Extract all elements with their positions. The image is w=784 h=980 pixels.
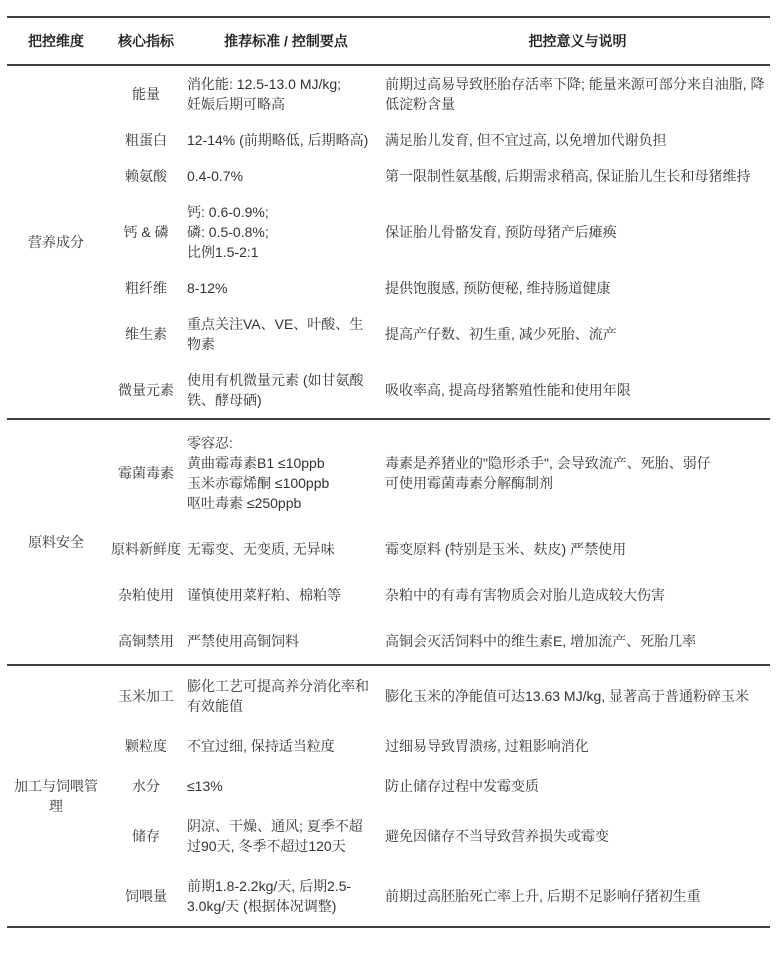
table-row: 粗蛋白12-14% (前期略低, 后期略高)满足胎儿发育, 但不宜过高, 以免增…	[105, 122, 770, 158]
feed-control-table: 把控维度 核心指标 推荐标准 / 控制要点 把控意义与说明 营养成分能量消化能:…	[0, 0, 784, 928]
section-rows: 能量消化能: 12.5-13.0 MJ/kg; 妊娠后期可略高前期过高易导致胚胎…	[105, 66, 770, 418]
indicator-cell: 维生素	[105, 324, 187, 344]
meaning-cell: 霉变原料 (特别是玉米、麸皮) 严禁使用	[385, 539, 770, 559]
meaning-cell: 高铜会灭活饲料中的维生素E, 增加流产、死胎几率	[385, 631, 770, 651]
table-row: 玉米加工膨化工艺可提高养分消化率和有效能值膨化玉米的净能值可达13.63 MJ/…	[105, 666, 770, 726]
standard-cell: 阴凉、干燥、通风; 夏季不超过90天, 冬季不超过120天	[187, 816, 385, 856]
indicator-cell: 玉米加工	[105, 686, 187, 706]
indicator-cell: 赖氨酸	[105, 166, 187, 186]
table-row: 原料新鲜度无霉变、无变质, 无异味霉变原料 (特别是玉米、麸皮) 严禁使用	[105, 526, 770, 572]
indicator-cell: 水分	[105, 776, 187, 796]
table-row: 赖氨酸0.4-0.7%第一限制性氨基酸, 后期需求稍高, 保证胎儿生长和母猪维持	[105, 158, 770, 194]
standard-cell: 0.4-0.7%	[187, 166, 385, 186]
table-row: 粗纤维8-12%提供饱腹感, 预防便秘, 维持肠道健康	[105, 270, 770, 306]
standard-cell: 钙: 0.6-0.9%; 磷: 0.5-0.8%; 比例1.5-2:1	[187, 202, 385, 262]
table-section: 原料安全霉菌毒素零容忍: 黄曲霉毒素B1 ≤10ppb 玉米赤霉烯酮 ≤100p…	[7, 418, 770, 664]
standard-cell: 前期1.8-2.2kg/天, 后期2.5-3.0kg/天 (根据体况调整)	[187, 876, 385, 916]
meaning-cell: 提高产仔数、初生重, 减少死胎、流产	[385, 324, 770, 344]
table-row: 水分≤13%防止储存过程中发霉变质	[105, 766, 770, 806]
table-row: 能量消化能: 12.5-13.0 MJ/kg; 妊娠后期可略高前期过高易导致胚胎…	[105, 66, 770, 122]
header-dimension: 把控维度	[7, 31, 105, 51]
table-row: 霉菌毒素零容忍: 黄曲霉毒素B1 ≤10ppb 玉米赤霉烯酮 ≤100ppb 呕…	[105, 420, 770, 526]
indicator-cell: 原料新鲜度	[105, 539, 187, 559]
standard-cell: 8-12%	[187, 278, 385, 298]
standard-cell: 不宜过细, 保持适当粒度	[187, 736, 385, 756]
header-indicator: 核心指标	[105, 31, 187, 51]
standard-cell: 重点关注VA、VE、叶酸、生物素	[187, 314, 385, 354]
table-body: 营养成分能量消化能: 12.5-13.0 MJ/kg; 妊娠后期可略高前期过高易…	[7, 66, 770, 928]
indicator-cell: 杂粕使用	[105, 585, 187, 605]
indicator-cell: 颗粒度	[105, 736, 187, 756]
standard-cell: 谨慎使用菜籽粕、棉粕等	[187, 585, 385, 605]
indicator-cell: 霉菌毒素	[105, 463, 187, 483]
table-section: 加工与饲喂管理玉米加工膨化工艺可提高养分消化率和有效能值膨化玉米的净能值可达13…	[7, 664, 770, 926]
table-row: 维生素重点关注VA、VE、叶酸、生物素提高产仔数、初生重, 减少死胎、流产	[105, 306, 770, 362]
dimension-cell: 加工与饲喂管理	[7, 666, 105, 926]
standard-cell: 使用有机微量元素 (如甘氨酸铁、酵母硒)	[187, 370, 385, 410]
table-row: 饲喂量前期1.8-2.2kg/天, 后期2.5-3.0kg/天 (根据体况调整)…	[105, 866, 770, 926]
dimension-cell: 原料安全	[7, 420, 105, 664]
header-standard: 推荐标准 / 控制要点	[187, 31, 385, 51]
table-row: 颗粒度不宜过细, 保持适当粒度过细易导致胃溃疡, 过粗影响消化	[105, 726, 770, 766]
indicator-cell: 粗蛋白	[105, 130, 187, 150]
indicator-cell: 储存	[105, 826, 187, 846]
dimension-cell: 营养成分	[7, 66, 105, 418]
standard-cell: 无霉变、无变质, 无异味	[187, 539, 385, 559]
meaning-cell: 提供饱腹感, 预防便秘, 维持肠道健康	[385, 278, 770, 298]
standard-cell: ≤13%	[187, 776, 385, 796]
table-row: 高铜禁用严禁使用高铜饲料高铜会灭活饲料中的维生素E, 增加流产、死胎几率	[105, 618, 770, 664]
indicator-cell: 能量	[105, 84, 187, 104]
table-row: 微量元素使用有机微量元素 (如甘氨酸铁、酵母硒)吸收率高, 提高母猪繁殖性能和使…	[105, 362, 770, 418]
meaning-cell: 过细易导致胃溃疡, 过粗影响消化	[385, 736, 770, 756]
meaning-cell: 前期过高易导致胚胎存活率下降; 能量来源可部分来自油脂, 降低淀粉含量	[385, 74, 770, 114]
meaning-cell: 吸收率高, 提高母猪繁殖性能和使用年限	[385, 380, 770, 400]
table-header-row: 把控维度 核心指标 推荐标准 / 控制要点 把控意义与说明	[7, 16, 770, 66]
meaning-cell: 保证胎儿骨骼发育, 预防母猪产后瘫痪	[385, 222, 770, 242]
meaning-cell: 防止储存过程中发霉变质	[385, 776, 770, 796]
standard-cell: 零容忍: 黄曲霉毒素B1 ≤10ppb 玉米赤霉烯酮 ≤100ppb 呕吐毒素 …	[187, 433, 385, 513]
table-row: 储存阴凉、干燥、通风; 夏季不超过90天, 冬季不超过120天避免因储存不当导致…	[105, 806, 770, 866]
standard-cell: 严禁使用高铜饲料	[187, 631, 385, 651]
indicator-cell: 高铜禁用	[105, 631, 187, 651]
indicator-cell: 钙 & 磷	[105, 222, 187, 242]
indicator-cell: 微量元素	[105, 380, 187, 400]
indicator-cell: 饲喂量	[105, 886, 187, 906]
meaning-cell: 前期过高胚胎死亡率上升, 后期不足影响仔猪初生重	[385, 886, 770, 906]
section-rows: 霉菌毒素零容忍: 黄曲霉毒素B1 ≤10ppb 玉米赤霉烯酮 ≤100ppb 呕…	[105, 420, 770, 664]
standard-cell: 膨化工艺可提高养分消化率和有效能值	[187, 676, 385, 716]
section-rows: 玉米加工膨化工艺可提高养分消化率和有效能值膨化玉米的净能值可达13.63 MJ/…	[105, 666, 770, 926]
header-meaning: 把控意义与说明	[385, 31, 770, 51]
meaning-cell: 避免因储存不当导致营养损失或霉变	[385, 826, 770, 846]
meaning-cell: 满足胎儿发育, 但不宜过高, 以免增加代谢负担	[385, 130, 770, 150]
meaning-cell: 杂粕中的有毒有害物质会对胎儿造成较大伤害	[385, 585, 770, 605]
standard-cell: 12-14% (前期略低, 后期略高)	[187, 130, 385, 150]
indicator-cell: 粗纤维	[105, 278, 187, 298]
table-section: 营养成分能量消化能: 12.5-13.0 MJ/kg; 妊娠后期可略高前期过高易…	[7, 66, 770, 418]
standard-cell: 消化能: 12.5-13.0 MJ/kg; 妊娠后期可略高	[187, 74, 385, 114]
meaning-cell: 膨化玉米的净能值可达13.63 MJ/kg, 显著高于普通粉碎玉米	[385, 686, 770, 706]
meaning-cell: 毒素是养猪业的"隐形杀手", 会导致流产、死胎、弱仔 可使用霉菌毒素分解酶制剂	[385, 453, 770, 493]
meaning-cell: 第一限制性氨基酸, 后期需求稍高, 保证胎儿生长和母猪维持	[385, 166, 770, 186]
table-row: 钙 & 磷钙: 0.6-0.9%; 磷: 0.5-0.8%; 比例1.5-2:1…	[105, 194, 770, 270]
table-row: 杂粕使用谨慎使用菜籽粕、棉粕等杂粕中的有毒有害物质会对胎儿造成较大伤害	[105, 572, 770, 618]
